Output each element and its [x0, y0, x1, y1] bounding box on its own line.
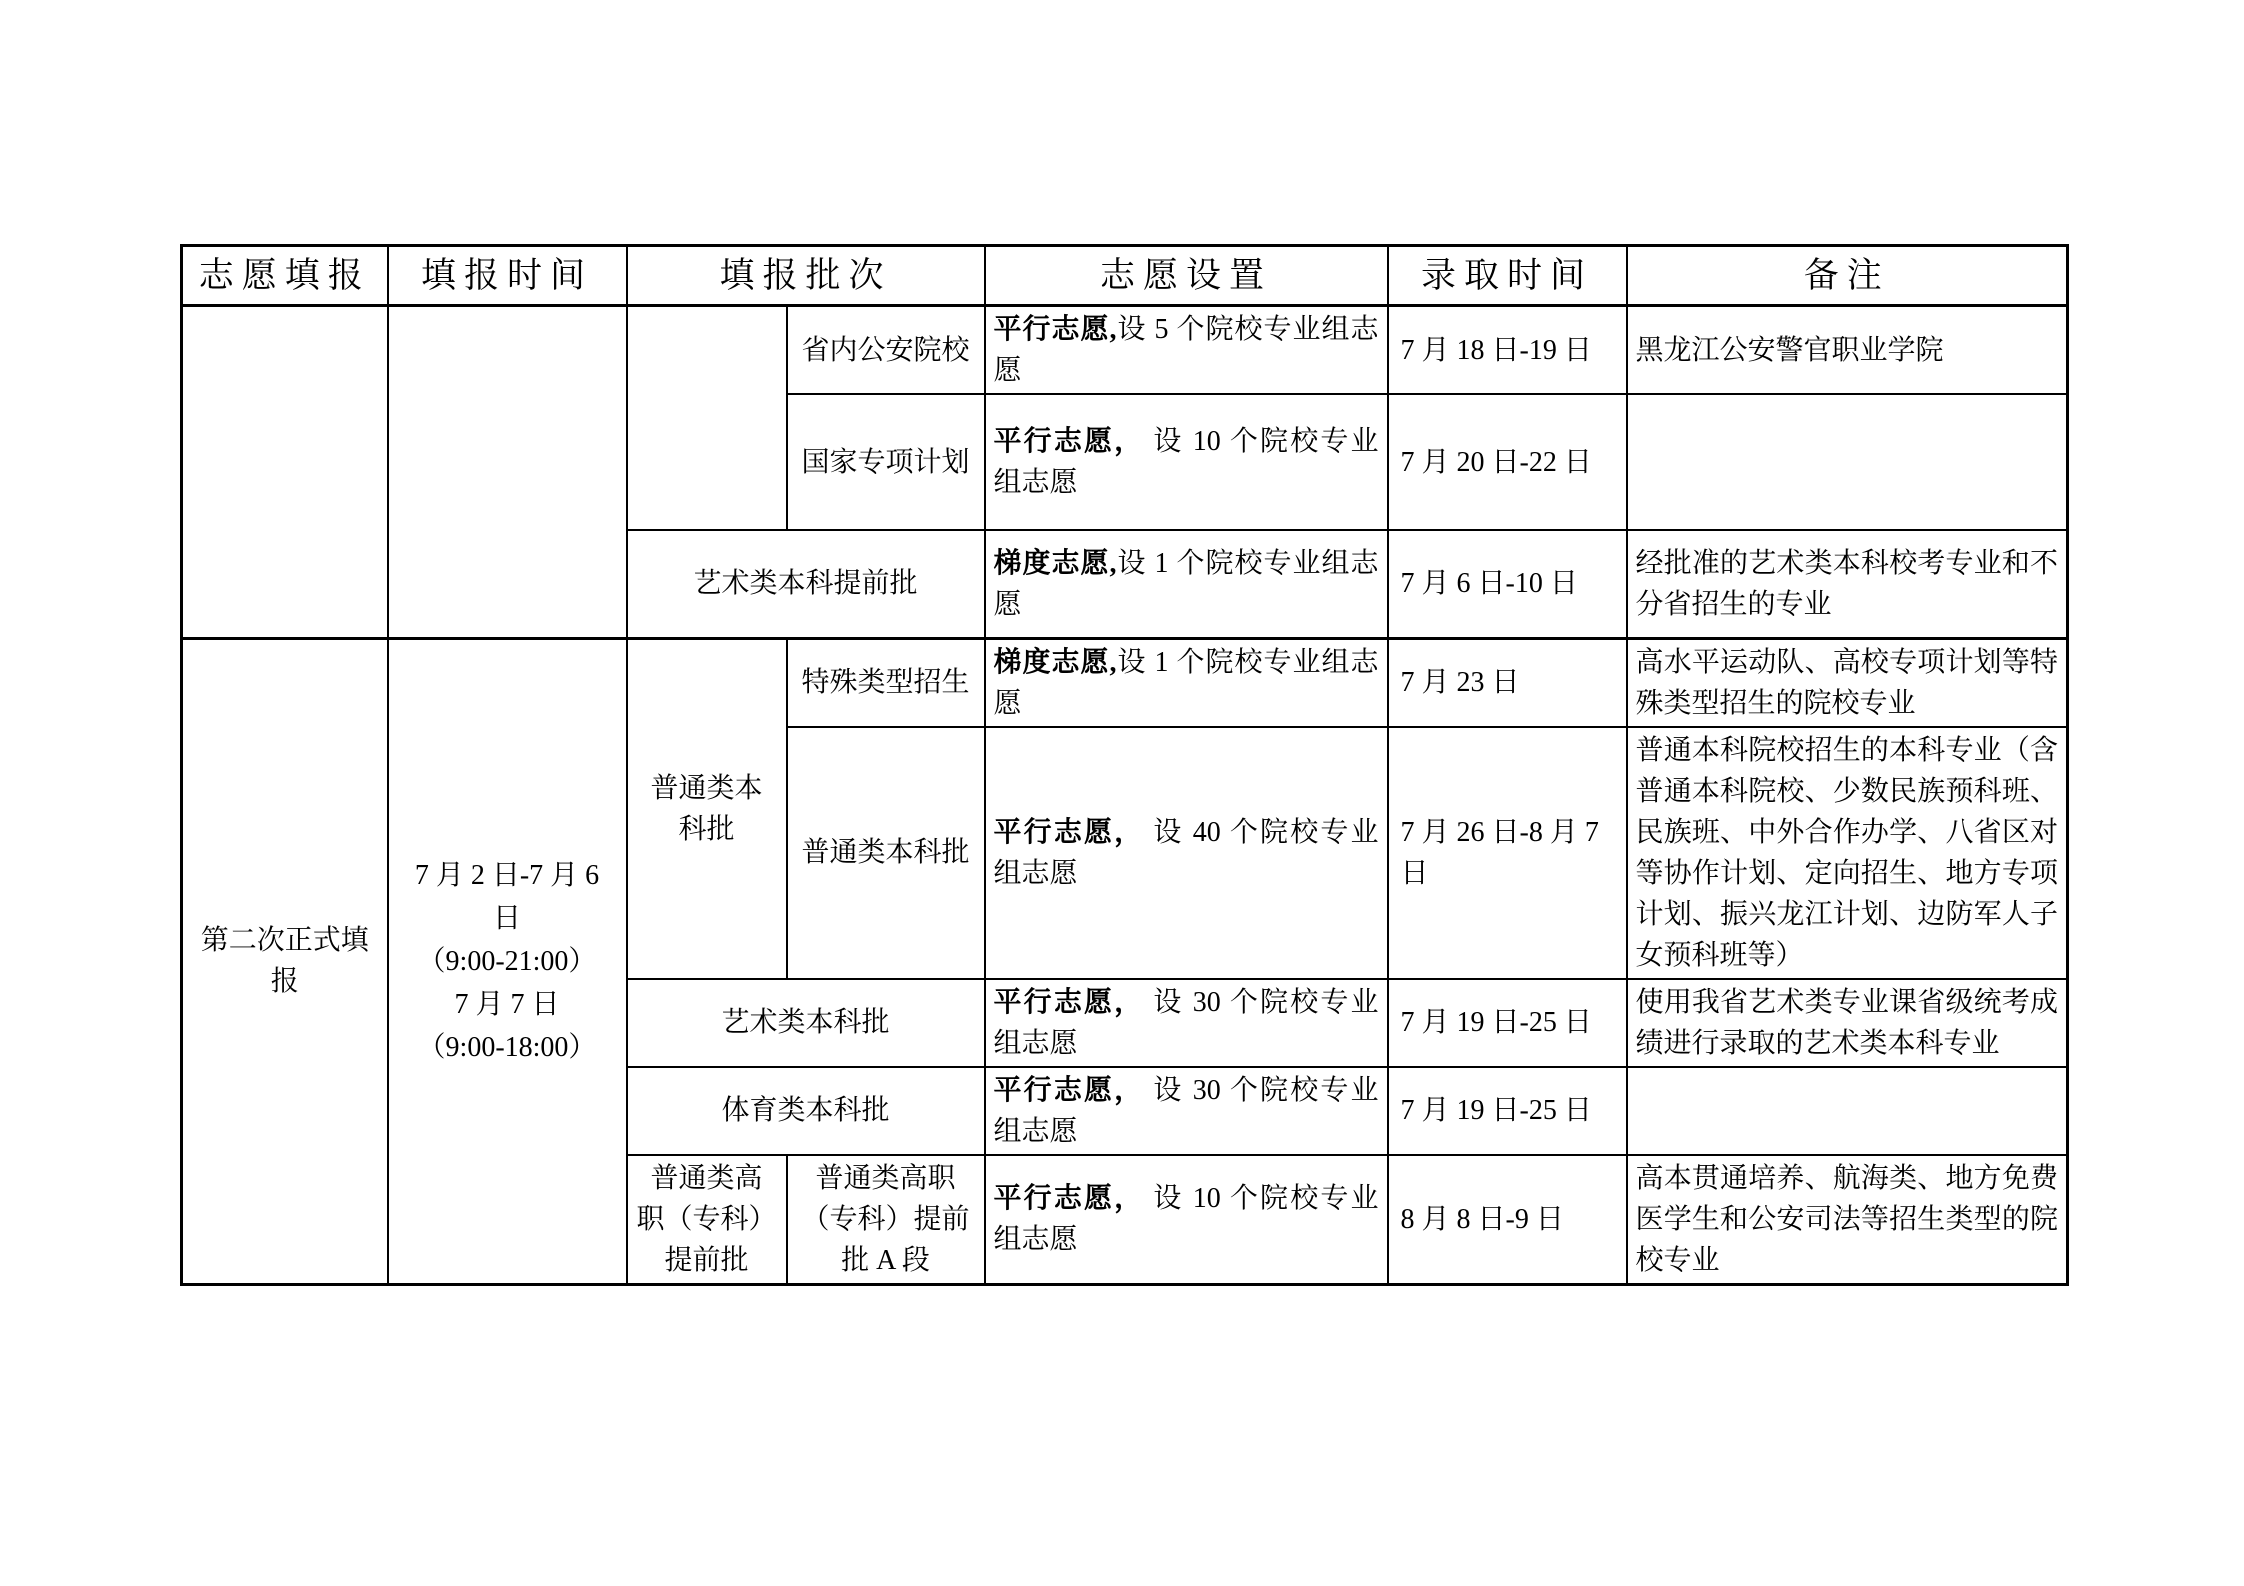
- cell-admission: 7 月 19 日-25 日: [1388, 979, 1627, 1067]
- cell-remark: 普通本科院校招生的本科专业（含普通本科院校、少数民族预科班、民族班、中外合作办学…: [1627, 727, 2068, 979]
- cell-setting: 梯度志愿,设 1 个院校专业组志愿: [985, 638, 1388, 727]
- cell-batch: 体育类本科批: [627, 1067, 985, 1155]
- cell-admission: 7 月 19 日-25 日: [1388, 1067, 1627, 1155]
- schedule-table: 志愿填报 填报时间 填报批次 志愿设置 录取时间 备注 省内公安院校 平行志愿,…: [180, 244, 2069, 1286]
- cell-remark: [1627, 394, 2068, 530]
- cell-remark: 经批准的艺术类本科校考专业和不分省招生的专业: [1627, 530, 2068, 638]
- header-fill-batch: 填报批次: [627, 246, 985, 306]
- table-row: 省内公安院校 平行志愿,设 5 个院校专业组志愿 7 月 18 日-19 日 黑…: [182, 306, 2068, 395]
- cell-setting: 平行志愿， 设 30 个院校专业组志愿: [985, 979, 1388, 1067]
- setting-type: 平行志愿，: [994, 426, 1145, 457]
- cell-remark: [1627, 1067, 2068, 1155]
- setting-type: 平行志愿，: [994, 1183, 1145, 1214]
- cell-batch-group-empty: [627, 306, 787, 531]
- cell-remark: 黑龙江公安警官职业学院: [1627, 306, 2068, 395]
- cell-admission: 7 月 23 日: [1388, 638, 1627, 727]
- cell-setting: 平行志愿， 设 10 个院校专业组志愿: [985, 1155, 1388, 1285]
- cell-batch: 艺术类本科批: [627, 979, 985, 1067]
- cell-batch: 艺术类本科提前批: [627, 530, 985, 638]
- cell-time-empty: [388, 306, 627, 639]
- cell-remark: 高本贯通培养、航海类、地方免费医学生和公安司法等招生类型的院校专业: [1627, 1155, 2068, 1285]
- cell-setting: 平行志愿， 设 40 个院校专业组志愿: [985, 727, 1388, 979]
- header-fill-time: 填报时间: [388, 246, 627, 306]
- cell-admission: 8 月 8 日-9 日: [1388, 1155, 1627, 1285]
- cell-batch: 普通类本科批: [787, 727, 985, 979]
- cell-admission: 7 月 18 日-19 日: [1388, 306, 1627, 395]
- document-page: 志愿填报 填报时间 填报批次 志愿设置 录取时间 备注 省内公安院校 平行志愿,…: [0, 0, 2244, 1586]
- cell-batch-group: 普通类本 科批: [627, 638, 787, 979]
- header-volunteer-fill: 志愿填报: [182, 246, 388, 306]
- setting-type: 平行志愿，: [994, 1075, 1145, 1106]
- setting-type: 平行志愿,: [994, 314, 1117, 345]
- table-row: 第二次正式填报 7 月 2 日-7 月 6 日 （9:00-21:00） 7 月…: [182, 638, 2068, 727]
- cell-setting: 平行志愿,设 5 个院校专业组志愿: [985, 306, 1388, 395]
- header-volunteer-setting: 志愿设置: [985, 246, 1388, 306]
- cell-batch: 特殊类型招生: [787, 638, 985, 727]
- header-remark: 备注: [1627, 246, 2068, 306]
- cell-setting: 平行志愿， 设 10 个院校专业组志愿: [985, 394, 1388, 530]
- cell-batch: 国家专项计划: [787, 394, 985, 530]
- cell-admission: 7 月 26 日-8 月 7 日: [1388, 727, 1627, 979]
- cell-phase-label: 第二次正式填报: [182, 638, 388, 1284]
- cell-batch-group: 普通类高 职（专科） 提前批: [627, 1155, 787, 1285]
- header-row: 志愿填报 填报时间 填报批次 志愿设置 录取时间 备注: [182, 246, 2068, 306]
- cell-phase-empty: [182, 306, 388, 639]
- setting-type: 平行志愿，: [994, 817, 1145, 848]
- setting-type: 梯度志愿,: [994, 647, 1117, 678]
- cell-batch: 普通类高职 （专科）提前 批 A 段: [787, 1155, 985, 1285]
- cell-remark: 使用我省艺术类专业课省级统考成绩进行录取的艺术类本科专业: [1627, 979, 2068, 1067]
- setting-type: 梯度志愿,: [994, 548, 1117, 579]
- cell-remark: 高水平运动队、高校专项计划等特殊类型招生的院校专业: [1627, 638, 2068, 727]
- cell-setting: 平行志愿， 设 30 个院校专业组志愿: [985, 1067, 1388, 1155]
- cell-admission: 7 月 6 日-10 日: [1388, 530, 1627, 638]
- header-admission-time: 录取时间: [1388, 246, 1627, 306]
- cell-phase-time: 7 月 2 日-7 月 6 日 （9:00-21:00） 7 月 7 日 （9:…: [388, 638, 627, 1284]
- cell-admission: 7 月 20 日-22 日: [1388, 394, 1627, 530]
- cell-setting: 梯度志愿,设 1 个院校专业组志愿: [985, 530, 1388, 638]
- cell-batch: 省内公安院校: [787, 306, 985, 395]
- setting-type: 平行志愿，: [994, 987, 1145, 1018]
